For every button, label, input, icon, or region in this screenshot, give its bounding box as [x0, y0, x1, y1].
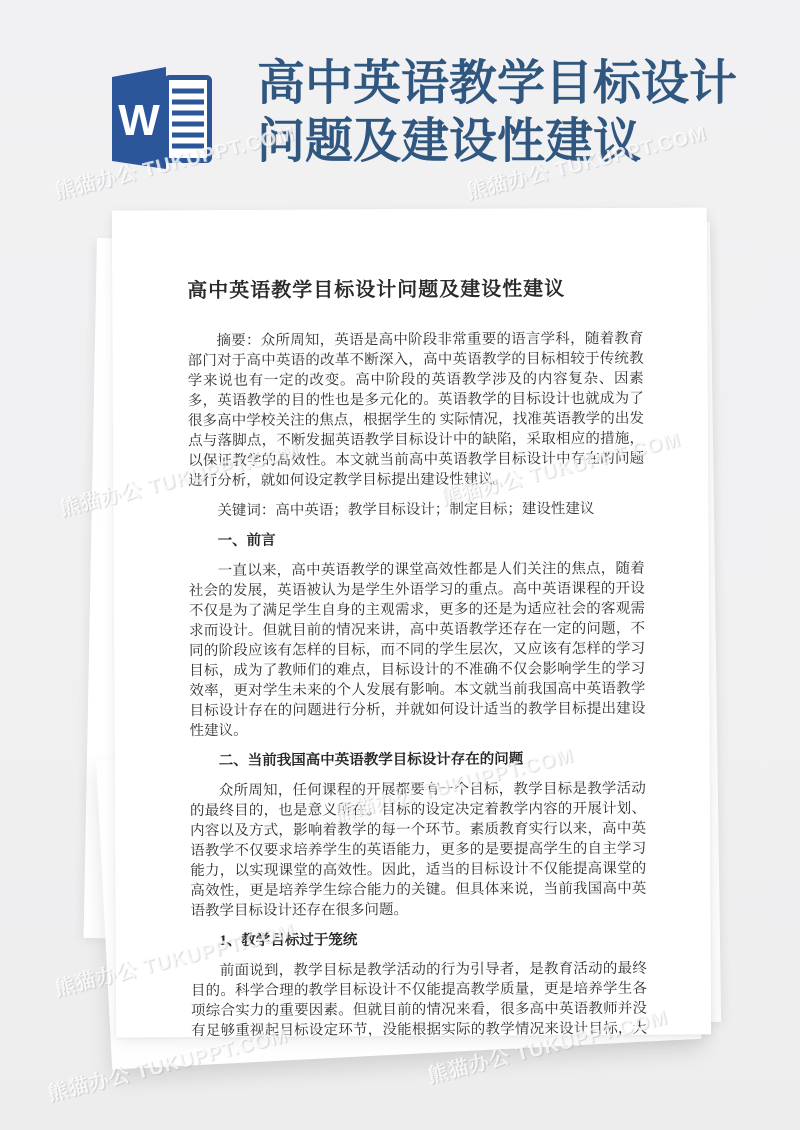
word-icon-letter: W: [118, 96, 160, 145]
doc-heading: 二、当前我国高中英语教学目标设计存在的问题: [190, 749, 646, 771]
doc-paragraph: 摘要：众所周知，英语是高中阶段非常重要的语言学科，随着教育部门对于高中英语的改革…: [187, 329, 644, 491]
document-title: 高中英语教学目标设计问题及建设性建议: [187, 272, 643, 303]
doc-paragraph: 关键词：高中英语；教学目标设计；制定目标；建设性建议: [188, 499, 644, 521]
preview-canvas: W 高中英语教学目标设计 问题及建设性建议 高中英语教学目标设计问题及建设性建议…: [0, 0, 800, 1130]
word-icon: W: [112, 66, 214, 170]
document-page: 高中英语教学目标设计问题及建设性建议 摘要：众所周知，英语是高中阶段非常重要的语…: [112, 207, 711, 1037]
hero-header: W 高中英语教学目标设计 问题及建设性建议: [0, 0, 800, 200]
hero-title-line2: 问题及建设性建议: [257, 113, 737, 171]
doc-paragraph: 前面说到，教学目标是教学活动的行为引导者，是教育活动的最终目的。科学合理的教学目…: [191, 959, 648, 1038]
document-body: 摘要：众所周知，英语是高中阶段非常重要的语言学科，随着教育部门对于高中英语的改革…: [187, 329, 647, 1038]
doc-paragraph: 众所周知，任何课程的开展都要有一个目标，教学目标是教学活动的最终目的，也是意义所…: [190, 779, 647, 921]
hero-title: 高中英语教学目标设计 问题及建设性建议: [257, 55, 737, 171]
doc-heading: 1、教学目标过于笼统: [191, 929, 647, 951]
doc-heading: 一、前言: [189, 529, 645, 551]
doc-paragraph: 一直以来，高中英语教学的课堂高效性都是人们关注的焦点，随着社会的发展，英语被认为…: [189, 559, 646, 741]
hero-title-line1: 高中英语教学目标设计: [257, 55, 737, 113]
